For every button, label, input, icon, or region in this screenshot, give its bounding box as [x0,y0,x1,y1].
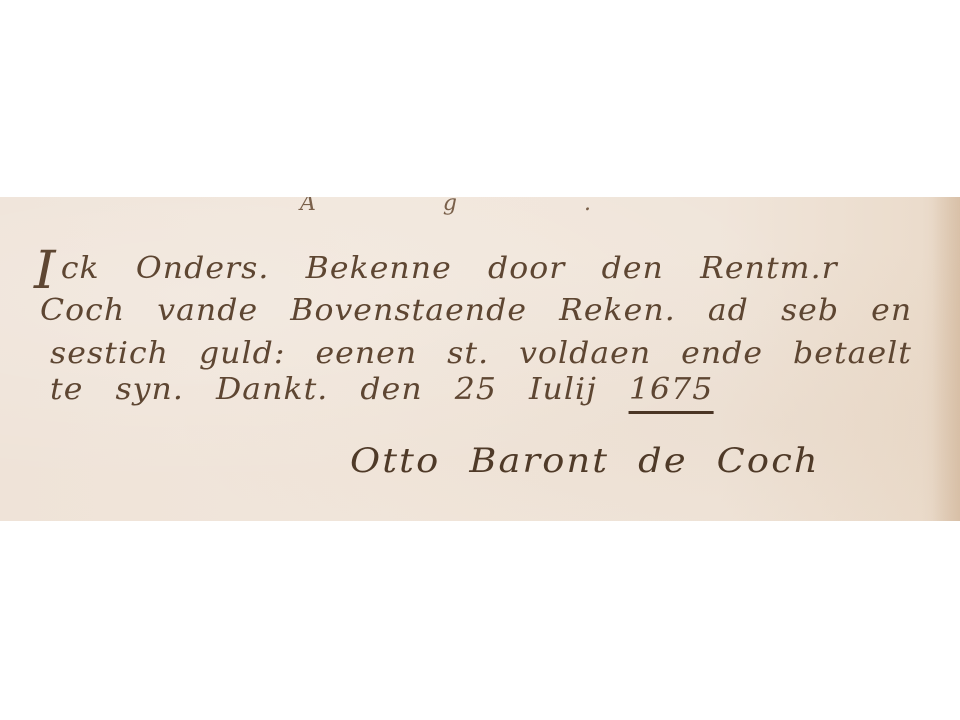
cropped-top-line: A g . [300,197,651,216]
manuscript-scan: A g . Ick Onders. Bekenne door den Rentm… [0,197,960,521]
drop-cap: I [34,241,57,301]
line-text: Coch vande Bovenstaende Reken. ad seb en [40,293,912,328]
signature: Otto Baront de Coch [350,441,820,481]
manuscript-line-3: sestich guld: eenen st. voldaen ende bet… [50,336,912,371]
manuscript-line-4: te syn. Dankt. den 25 Iulij 1675 [50,372,713,414]
manuscript-line-2: Coch vande Bovenstaende Reken. ad seb en [40,293,912,328]
line-text: sestich guld: eenen st. voldaen ende bet… [50,336,912,371]
line-text: te syn. Dankt. den 25 Iulij [50,372,597,407]
page: A g . Ick Onders. Bekenne door den Rentm… [0,0,960,720]
line-text: ck Onders. Bekenne door den Rentm.r [61,251,838,286]
manuscript-line-1: Ick Onders. Bekenne door den Rentm.r [34,245,838,297]
underlined-year: 1675 [629,372,713,414]
